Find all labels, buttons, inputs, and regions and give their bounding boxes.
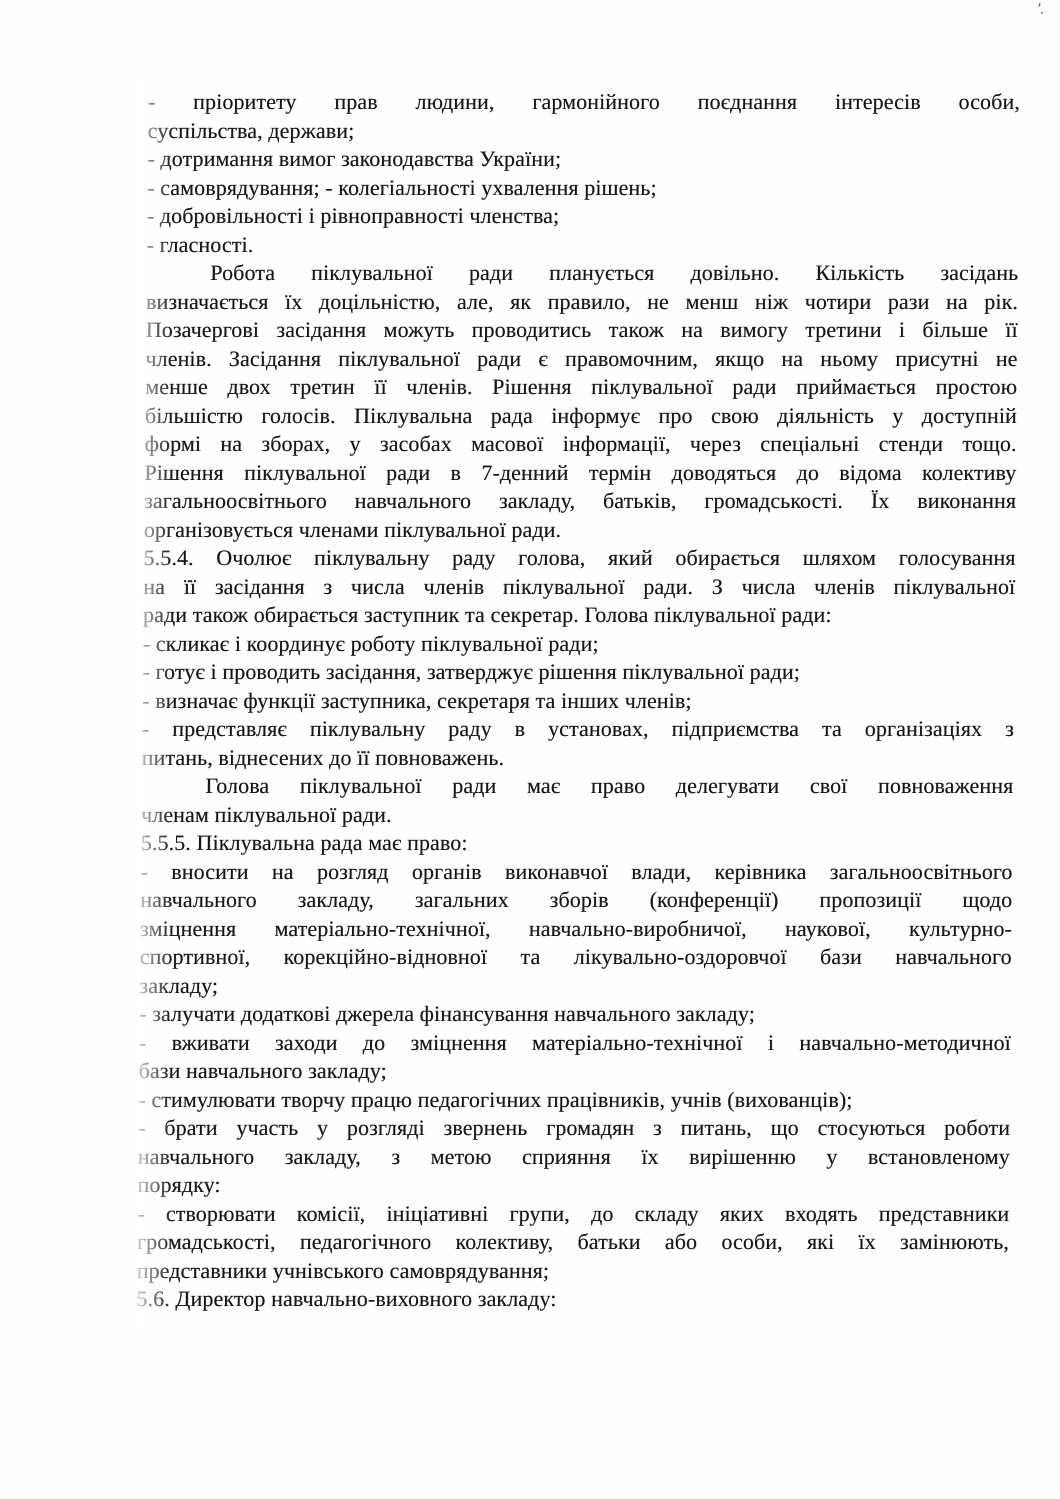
paragraph: 5.5.5. Піклувальна рада має право: [141, 829, 1013, 858]
paragraph: - готує і проводить засідання, затверджу… [142, 658, 1014, 687]
text-line: членів. Засідання піклувальної ради є пр… [145, 345, 1017, 374]
text-line: - представляє піклувальну раду в установ… [142, 715, 1014, 744]
text-line: - гласності. [146, 231, 1018, 260]
paragraph: - створювати комісії, ініціативні групи,… [137, 1200, 1010, 1286]
text-line: - стимулювати творчу працю педагогічних … [138, 1086, 1010, 1115]
text-line: - самоврядування; - колегіальності ухвал… [147, 174, 1019, 203]
text-line: 5.5.4. Очолює піклувальну раду голова, я… [143, 544, 1015, 573]
text-line: - скликає і координує роботу піклувально… [143, 630, 1015, 659]
text-line: - вживати заходи до зміцнення матеріальн… [139, 1029, 1011, 1058]
text-line: навчального закладу, з метою сприяння їх… [138, 1143, 1010, 1172]
paragraph: - вживати заходи до зміцнення матеріальн… [138, 1029, 1011, 1086]
paragraph: - пріоритету прав людини, гармонійного п… [147, 88, 1020, 145]
text-line: Робота піклувальної ради планується дові… [146, 259, 1018, 288]
paragraph: - представляє піклувальну раду в установ… [141, 715, 1014, 772]
paragraph: 5.6. Директор навчально-виховного заклад… [136, 1285, 1008, 1314]
paragraph: Голова піклувальної ради має право делег… [141, 772, 1014, 829]
paragraph: 5.5.4. Очолює піклувальну раду голова, я… [143, 544, 1016, 630]
text-line: - вносити на розгляд органів виконавчої … [140, 858, 1012, 887]
paragraph: - дотримання вимог законодавства України… [147, 145, 1019, 174]
text-line: суспільства, держави; [147, 117, 1019, 146]
text-line: питань, віднесених до її повноважень. [141, 744, 1013, 773]
text-line: - добровільності і рівноправності членст… [147, 202, 1019, 231]
ink-speck: ’. [1034, 1, 1045, 18]
text-line: 5.6. Директор навчально-виховного заклад… [136, 1285, 1008, 1314]
text-line: - дотримання вимог законодавства України… [147, 145, 1019, 174]
text-line: громадськості, педагогічного колективу, … [137, 1228, 1009, 1257]
text-line: менше двох третин її членів. Рішення пік… [145, 373, 1017, 402]
paragraph: - вносити на розгляд органів виконавчої … [139, 858, 1012, 1001]
text-line: порядку: [137, 1171, 1009, 1200]
paragraph: - гласності. [146, 231, 1018, 260]
text-line: визначається їх доцільністю, але, як пра… [146, 288, 1018, 317]
text-line: представники учнівського самоврядування; [137, 1257, 1009, 1286]
paragraph: - добровільності і рівноправності членст… [147, 202, 1019, 231]
text-line: бази навчального закладу; [138, 1057, 1010, 1086]
text-line: ради також обирається заступник та секре… [143, 601, 1015, 630]
text-line: загальноосвітнього навчального закладу, … [144, 487, 1016, 516]
paragraph: - скликає і координує роботу піклувально… [143, 630, 1015, 659]
text-line: навчального закладу, загальних зборів (к… [140, 886, 1012, 915]
paragraph: - стимулювати творчу працю педагогічних … [138, 1086, 1010, 1115]
text-line: - пріоритету прав людини, гармонійного п… [148, 88, 1020, 117]
text-line: - визначає функції заступника, секретаря… [142, 687, 1014, 716]
paragraph: - брати участь у розгляді звернень грома… [137, 1114, 1010, 1200]
text-line: - готує і проводить засідання, затверджу… [142, 658, 1014, 687]
text-line: членам піклувальної ради. [141, 801, 1013, 830]
text-line: на її засідання з числа членів піклуваль… [143, 573, 1015, 602]
text-line: - залучати додаткові джерела фінансуванн… [139, 1000, 1011, 1029]
paragraph: - визначає функції заступника, секретаря… [142, 687, 1014, 716]
text-line: закладу; [139, 972, 1011, 1001]
document-page: ’. - пріоритету прав людини, гармонійног… [0, 0, 1060, 1499]
text-line: Голова піклувальної ради має право делег… [141, 772, 1013, 801]
text-line: Позачергові засідання можуть проводитись… [146, 316, 1018, 345]
text-line: формі на зборах, у засобах масової інфор… [144, 430, 1016, 459]
text-line: більшістю голосів. Піклувальна рада інфо… [145, 402, 1017, 431]
text-line: - брати участь у розгляді звернень грома… [138, 1114, 1010, 1143]
paragraph: Робота піклувальної ради планується дові… [144, 259, 1019, 544]
text-line: 5.5.5. Піклувальна рада має право: [141, 829, 1013, 858]
text-line: організовується членами піклувальної рад… [144, 516, 1016, 545]
text-line: Рішення піклувальної ради в 7-денний тер… [144, 459, 1016, 488]
paragraph: - залучати додаткові джерела фінансуванн… [139, 1000, 1011, 1029]
text-block: - пріоритету прав людини, гармонійного п… [136, 88, 1020, 1314]
text-line: зміцнення матеріально-технічної, навчаль… [140, 915, 1012, 944]
text-line: - створювати комісії, ініціативні групи,… [137, 1200, 1009, 1229]
text-line: спортивної, корекційно-відновної та ліку… [140, 943, 1012, 972]
paragraph: - самоврядування; - колегіальності ухвал… [147, 174, 1019, 203]
